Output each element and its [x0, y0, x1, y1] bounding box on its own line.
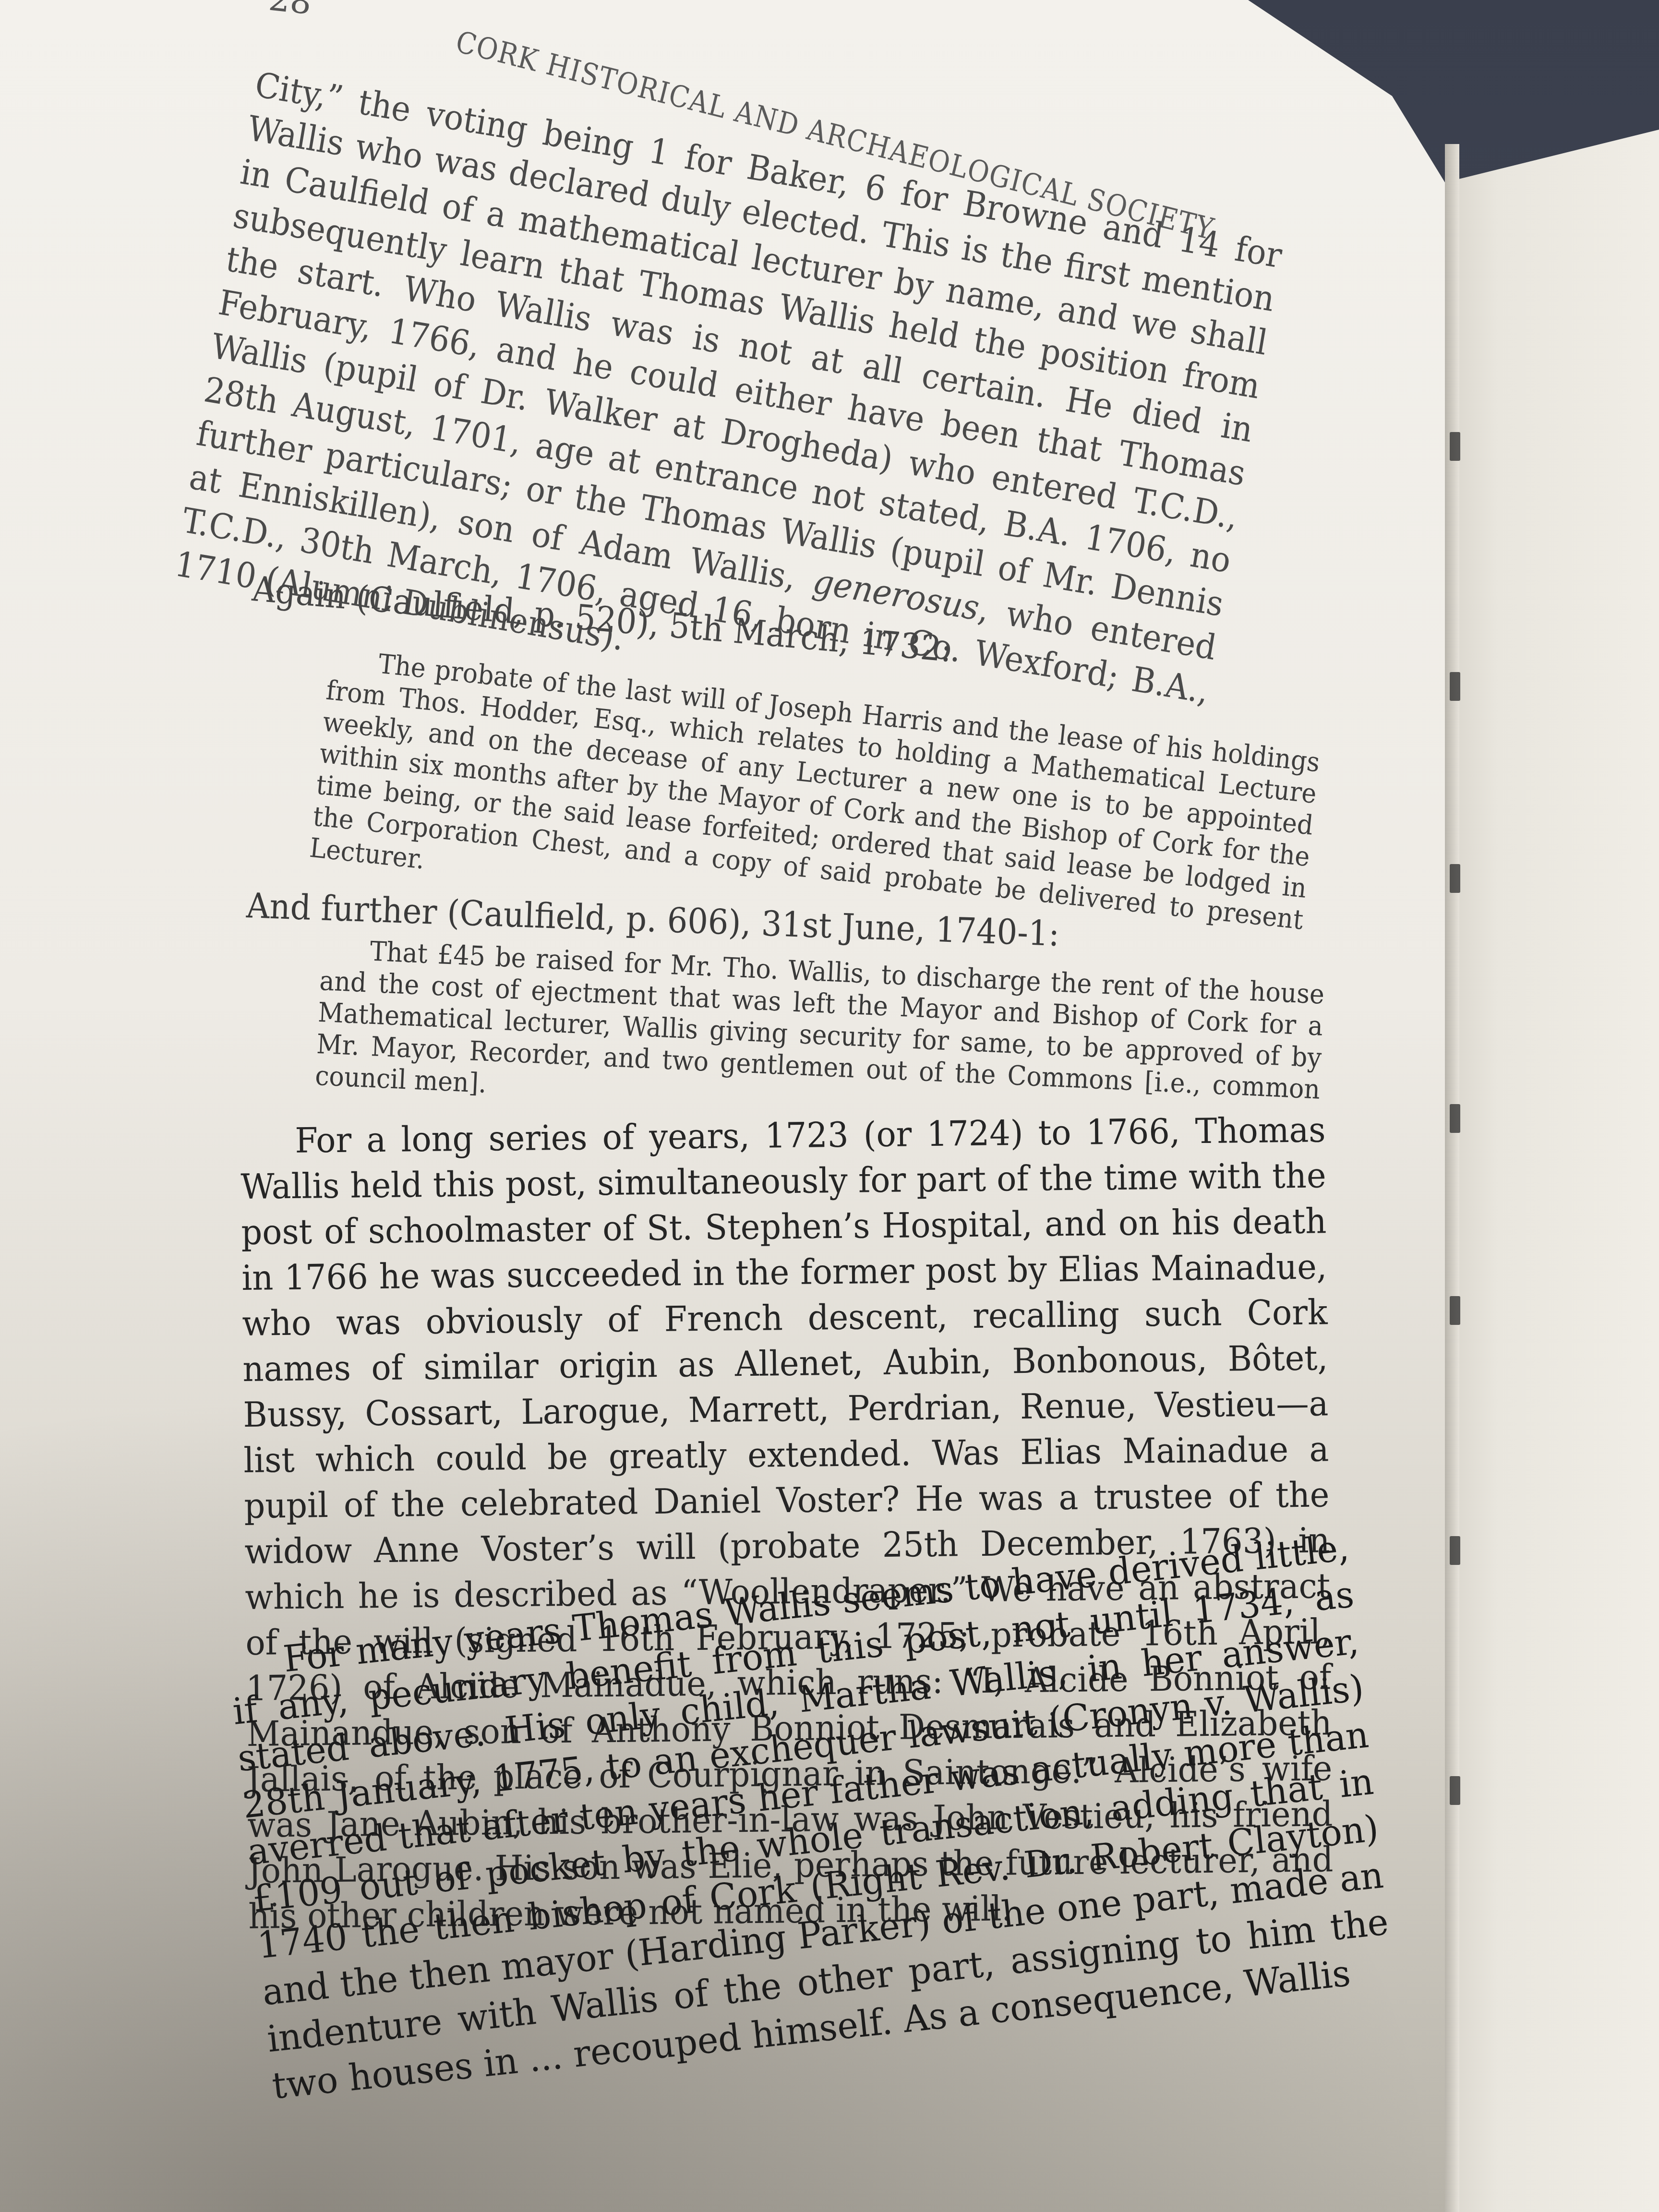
edge-tab-mark: [1450, 1296, 1460, 1325]
edge-tab-mark: [1450, 672, 1460, 701]
edge-tab-mark: [1450, 1776, 1460, 1805]
facing-page: [1445, 0, 1659, 2212]
edge-tab-mark: [1450, 1536, 1460, 1565]
edge-tab-mark: [1450, 864, 1460, 893]
page-edge-tabs: [1450, 432, 1469, 1872]
edge-tab-mark: [1450, 432, 1460, 461]
edge-tab-mark: [1450, 1104, 1460, 1133]
